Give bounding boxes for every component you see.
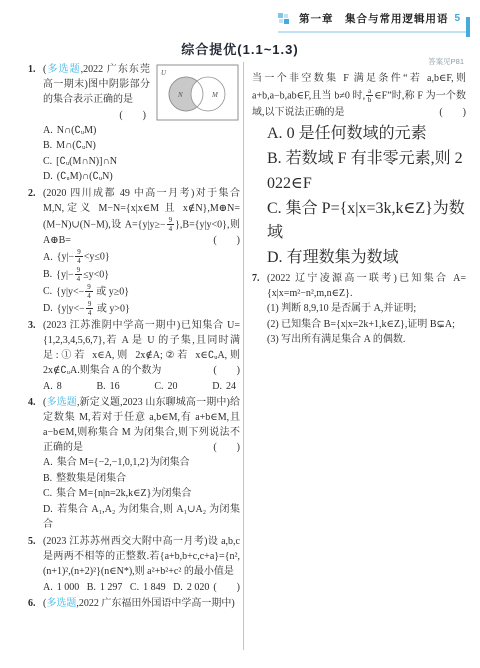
- fraction-denominator: 4: [75, 275, 83, 283]
- stem-text: {y|−: [57, 252, 74, 263]
- stem-text: ≤y<0}: [83, 269, 109, 280]
- option: B.若数域 F 有非零元素,则 2 022∈F: [267, 147, 466, 197]
- page-number: 5: [454, 13, 460, 24]
- stem-text: M∩(∁ᵤN): [56, 140, 96, 151]
- fraction-denominator: b: [366, 96, 373, 104]
- stem-text: [∁ᵤ(M∩N)]∩N: [56, 156, 117, 167]
- fraction-denominator: 4: [86, 309, 94, 317]
- fraction-numerator: 9: [86, 300, 94, 309]
- stem-text: 1 000: [57, 582, 80, 593]
- answers-note: 答案见P81: [252, 56, 464, 67]
- stem-text: 若数域 F 有非零元素,则 2 022∈F: [267, 150, 463, 192]
- question: 7.(2022 辽宁凌源高一联考)已知集合 A={x|x=m²−n²,m,n∈Z…: [252, 271, 466, 348]
- options: A.1 000B.1 297C.1 849D.2 020: [43, 580, 213, 595]
- question-stem: (多选题,2022 广东东莞高一期末)图中阴影部分的集合表示正确的是: [43, 62, 150, 108]
- fraction-numerator: a: [366, 87, 373, 96]
- question-number: 5.: [28, 534, 36, 549]
- stem-text: 24: [226, 381, 236, 392]
- chapter-title: 第一章 集合与常用逻辑用语: [299, 11, 449, 26]
- answer-bracket: ( ): [213, 363, 240, 378]
- question-stem: (2023 江苏淮阴中学高一期中)已知集合 U={1,2,3,4,5,6,7},…: [43, 318, 240, 379]
- fraction: 94: [75, 248, 83, 265]
- option-label: C.: [43, 488, 52, 499]
- option-label: B.: [267, 150, 282, 167]
- option: B.1 297: [87, 580, 123, 595]
- question-number: 7.: [252, 271, 260, 286]
- stem-text: 集合 M={n|n=2k,k∈Z}为闭集合: [56, 488, 191, 499]
- question-number: 3.: [28, 318, 36, 333]
- stem-text: 1 297: [100, 582, 123, 593]
- option: A.1 000: [43, 580, 79, 595]
- left-column: U N M 1.(多选题,2022 广东东莞高一期末)图中阴影部分的集合表示正确…: [28, 62, 240, 650]
- option: C.集合 P={x|x=3k,k∈Z}为数域: [267, 197, 466, 247]
- option-label: D.: [43, 171, 53, 182]
- fraction-denominator: 4: [167, 225, 175, 233]
- option: A.{y|−94<y≤0}: [43, 248, 240, 265]
- options: A.0 是任何数域的元素B.若数域 F 有非零元素,则 2 022∈FC.集合 …: [252, 122, 466, 271]
- option-label: D.: [212, 381, 222, 392]
- question-stem: (多选题,2022 广东福田外国语中学高一期中): [43, 596, 240, 611]
- fraction-numerator: 9: [75, 266, 83, 275]
- stem-text: 集合 M={−2,−1,0,1,2}为闭集合: [57, 457, 190, 468]
- stem-text: (∁ᵤM)∩(∁ᵤN): [57, 171, 113, 182]
- option-label: B.: [87, 582, 96, 593]
- option-label: D.: [43, 504, 53, 515]
- option-label: D.: [267, 249, 283, 266]
- stem-text: 20: [168, 381, 178, 392]
- option-label: A.: [43, 252, 53, 263]
- option-label: C.: [130, 582, 139, 593]
- option: B.整数集是闭集合: [43, 471, 240, 487]
- option: D.{y|y<−94 或 y>0}: [43, 300, 240, 317]
- continuation-text: 当一个非空数集 F 满足条件“若 a,b∈F,则 a+b,a−b,ab∈F,且当…: [252, 71, 466, 121]
- question: 1.(多选题,2022 广东东莞高一期末)图中阴影部分的集合表示正确的是( )A…: [28, 62, 240, 185]
- option: C.{y|y<−94 或 y≥0}: [43, 283, 240, 300]
- page-header: 第一章 集合与常用逻辑用语 5: [278, 11, 470, 33]
- stem-text: (2022 辽宁凌源高一联考)已知集合 A={x|x=m²−n²,m,n∈Z}.: [267, 273, 466, 299]
- option: C.集合 M={n|n=2k,k∈Z}为闭集合: [43, 486, 240, 502]
- option: C.[∁ᵤ(M∩N)]∩N: [43, 154, 240, 170]
- option-label: B.: [96, 381, 105, 392]
- fraction: ab: [366, 87, 373, 104]
- options: A.N∩(∁ᵤM)B.M∩(∁ᵤN)C.[∁ᵤ(M∩N)]∩ND.(∁ᵤM)∩(…: [43, 123, 240, 185]
- question: 2.(2020 四川成都 49 中高一月考)对于集合 M,N,定义 M−N={x…: [28, 186, 240, 317]
- stem-text: {y|−: [56, 269, 73, 280]
- answer-bracket: ( ): [213, 580, 240, 595]
- textbook-page: { "header": { "chapter": "第一章 集合与常用逻辑用语"…: [0, 0, 480, 668]
- page-body: U N M 1.(多选题,2022 广东东莞高一期末)图中阴影部分的集合表示正确…: [28, 62, 466, 650]
- fraction: 94: [85, 283, 93, 300]
- option-label: D.: [43, 303, 53, 314]
- answer-bracket: ( ): [213, 440, 240, 455]
- option: A.8: [43, 379, 62, 394]
- stem-text: 有理数集为数域: [287, 249, 399, 266]
- option-label: A.: [43, 125, 53, 136]
- stem-text: <y≤0}: [84, 252, 110, 263]
- option: C.20: [154, 379, 177, 394]
- fraction-numerator: 9: [75, 248, 83, 257]
- stem-text: 0 是任何数域的元素: [287, 125, 427, 142]
- option: B.16: [96, 379, 119, 394]
- answer-bracket: ( ): [43, 108, 150, 123]
- question-number: 6.: [28, 596, 36, 611]
- question-stem: (多选题,新定义题,2023 山东聊城高一期中)给定数集 M,若对于任意 a,b…: [43, 395, 240, 456]
- answer-bracket: ( ): [213, 233, 240, 248]
- option-label: A.: [267, 125, 283, 142]
- question-stem: (2023 江苏苏州西交大附中高一月考)设 a,b,c 是两两不相等的正整数.若…: [43, 534, 240, 580]
- fraction: 94: [75, 266, 83, 283]
- question: 3.(2023 江苏淮阴中学高一期中)已知集合 U={1,2,3,4,5,6,7…: [28, 318, 240, 394]
- option: D.24: [212, 379, 236, 394]
- option: D.(∁ᵤM)∩(∁ᵤN): [43, 169, 240, 185]
- stem-text: 整数集是闭集合: [56, 473, 126, 484]
- stem-text: 8: [57, 381, 62, 392]
- stem-text: 2 020: [187, 582, 210, 593]
- question-tag: 多选题: [46, 64, 80, 75]
- option-label: D.: [173, 582, 183, 593]
- fraction: 94: [167, 216, 175, 233]
- option-label: C.: [43, 286, 52, 297]
- fraction: 94: [86, 300, 94, 317]
- header-accent-bar: [466, 17, 470, 37]
- options: A.{y|−94<y≤0}B.{y|−94≤y<0}C.{y|y<−94 或 y…: [43, 248, 240, 316]
- stem-text: {y|y<−: [56, 286, 84, 297]
- option: C.1 849: [130, 580, 166, 595]
- stem-text: 1 849: [143, 582, 166, 593]
- fraction-numerator: 9: [167, 216, 175, 225]
- stem-text: N∩(∁ᵤM): [57, 125, 97, 136]
- question-stem: (2022 辽宁凌源高一联考)已知集合 A={x|x=m²−n²,m,n∈Z}.: [267, 271, 466, 301]
- fraction-denominator: 4: [75, 257, 83, 265]
- option: A.N∩(∁ᵤM): [43, 123, 240, 139]
- option-label: A.: [43, 582, 53, 593]
- option: B.M∩(∁ᵤN): [43, 138, 240, 154]
- stem-text: (2023 江苏淮阴中学高一期中)已知集合 U={1,2,3,4,5,6,7},…: [43, 320, 240, 377]
- question-number: 2.: [28, 186, 36, 201]
- option-label: A.: [43, 381, 53, 392]
- sub-question: (3) 写出所有满足集合 A 的偶数.: [267, 332, 466, 348]
- right-column: 答案见P81 当一个非空数集 F 满足条件“若 a,b∈F,则 a+b,a−b,…: [244, 62, 466, 650]
- stem-text: 若集合 A₁,A₂ 为闭集合,则 A₁∪A₂ 为闭集合: [43, 504, 240, 531]
- option-label: B.: [43, 140, 52, 151]
- option: B.{y|−94≤y<0}: [43, 266, 240, 283]
- question-tag: 多选题: [46, 598, 76, 609]
- option-label: C.: [267, 200, 282, 217]
- sub-question: (1) 判断 8,9,10 是否属于 A,并证明;: [267, 301, 466, 317]
- answer-bracket: ( ): [439, 105, 466, 121]
- option: A.0 是任何数域的元素: [267, 122, 466, 147]
- question: 4.(多选题,新定义题,2023 山东聊城高一期中)给定数集 M,若对于任意 a…: [28, 395, 240, 533]
- option: D.2 020: [173, 580, 209, 595]
- option-label: B.: [43, 473, 52, 484]
- stem-text: 或 y>0}: [94, 303, 129, 314]
- options: A.8B.16C.20D.24: [43, 379, 240, 394]
- question-tag: 多选题: [46, 397, 77, 408]
- continuation-paragraph: 当一个非空数集 F 满足条件“若 a,b∈F,则 a+b,a−b,ab∈F,且当…: [252, 71, 466, 121]
- stem-text: 集合 P={x|x=3k,k∈Z}为数域: [267, 200, 465, 242]
- option: D.若集合 A₁,A₂ 为闭集合,则 A₁∪A₂ 为闭集合: [43, 502, 240, 533]
- stem-text: (2023 江苏苏州西交大附中高一月考)设 a,b,c 是两两不相等的正整数.若…: [43, 536, 240, 577]
- fraction-numerator: 9: [85, 283, 93, 292]
- question-number: 4.: [28, 395, 36, 410]
- stem-text: 或 y≥0}: [94, 286, 129, 297]
- fraction-denominator: 4: [85, 292, 93, 300]
- question: 5.(2023 江苏苏州西交大附中高一月考)设 a,b,c 是两两不相等的正整数…: [28, 534, 240, 595]
- option: A.集合 M={−2,−1,0,1,2}为闭集合: [43, 455, 240, 471]
- option-label: C.: [154, 381, 163, 392]
- chapter-puzzle-icon: [278, 13, 289, 24]
- option-label: C.: [43, 156, 52, 167]
- question-stem: (2020 四川成都 49 中高一月考)对于集合 M,N,定义 M−N={x|x…: [43, 186, 240, 249]
- stem-text: {y|y<−: [57, 303, 85, 314]
- option-label: B.: [43, 269, 52, 280]
- options: A.集合 M={−2,−1,0,1,2}为闭集合B.整数集是闭集合C.集合 M=…: [43, 455, 240, 533]
- option: D.有理数集为数域: [267, 246, 466, 271]
- question: 6.(多选题,2022 广东福田外国语中学高一期中): [28, 596, 240, 611]
- stem-text: 16: [110, 381, 120, 392]
- option-label: A.: [43, 457, 53, 468]
- sub-question: (2) 已知集合 B={x|x=2k+1,k∈Z},证明 B⊊A;: [267, 317, 466, 333]
- question-number: 1.: [28, 62, 36, 77]
- stem-text: ,2022 广东福田外国语中学高一期中): [76, 598, 234, 609]
